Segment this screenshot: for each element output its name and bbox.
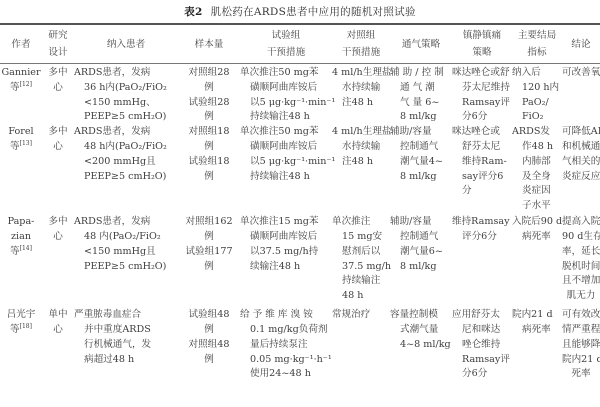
cell-ventilation: 辅助/容量控制通气潮气量6~8 ml/kg: [390, 215, 452, 308]
cell-text: 磺顺阿曲库铵后: [240, 81, 332, 96]
cell-control: 4 ml/h生理盐水持续输注48 h: [332, 63, 390, 125]
cell-text: 芬太尼维持: [452, 81, 512, 96]
cell-text: 例: [178, 170, 240, 185]
cell-conclusion: 提高入院后90 d生存率，延长脱机时间且不增加肌无力: [562, 215, 600, 308]
header-text: 通气策略: [390, 36, 452, 53]
cell-text: 例: [178, 260, 240, 275]
cell-text: 心: [42, 140, 74, 155]
cell-text: 可改善氧合: [562, 66, 600, 81]
cell-text: 48 h内(PaO₂/FiO₂: [74, 140, 178, 155]
column-header-ventilation: 通气策略: [390, 25, 452, 63]
cell-sedation: 咪达唑仑或舒芬太尼维持Ram-say评分6分: [452, 125, 512, 215]
cell-text: 8 ml/kg: [390, 110, 452, 125]
cell-text: 气相关的: [562, 155, 600, 170]
cell-text: 入院后90 d: [512, 215, 562, 230]
cell-text: 提高入院后: [562, 215, 600, 230]
table-caption: 表2肌松药在ARDS患者中应用的随机对照试验: [0, 4, 600, 19]
cell-patients: ARDS患者，发病36 h内(PaO₂/FiO₂<150 mmHg、PEEP≥5…: [74, 63, 178, 125]
cell-text: 炎症因: [512, 184, 562, 199]
cell-text: 磺顺阿曲库铵后: [240, 140, 332, 155]
cell-text: <150 mmHg、: [74, 96, 178, 111]
header-text: 样本量: [178, 36, 240, 53]
cell-text: 4~8 ml/kg: [390, 338, 452, 353]
cell-text: 磺顺阿曲库铵后: [240, 230, 332, 245]
cell-control: 常规治疗: [332, 308, 390, 398]
header-text: 试验组: [240, 27, 332, 44]
cell-text: 持续输注: [332, 274, 390, 289]
cell-text: 单次推注15 mg苯: [240, 215, 332, 230]
cell-sample: 对照组162例试验组177例: [178, 215, 240, 308]
cell-outcome: 入院后90 d病死率: [512, 215, 562, 308]
column-header-design: 研究设计: [42, 25, 74, 63]
cell-sedation: 咪达唑仑或舒芬太尼维持Ramsay评分6分: [452, 63, 512, 125]
cell-text: 潮气量4~: [390, 155, 452, 170]
cell-text: 使用24~48 h: [240, 367, 332, 382]
cell-text: 病超过48 h: [74, 353, 178, 368]
cell-design: 多中心: [42, 63, 74, 125]
cell-text: ARDS患者，发病: [74, 215, 178, 230]
cell-text: 试验组48: [178, 308, 240, 323]
cell-text: 评分6分: [452, 230, 512, 245]
cell-text: 慰剂后以: [332, 245, 390, 260]
cell-text: 注48 h: [332, 155, 390, 170]
cell-patients: 严重脓毒血症合并中重度ARDS行机械通气，发病超过48 h: [74, 308, 178, 398]
cell-text: 试验组28: [178, 96, 240, 111]
cell-text: 等[18]: [0, 323, 42, 338]
cell-sample: 对照组28例试验组28例: [178, 63, 240, 125]
cell-text: 辅 助 / 控 制: [390, 66, 452, 81]
cell-text: 心: [42, 323, 74, 338]
table-row: 吕光宇等[18]单中心严重脓毒血症合并中重度ARDS行机械通气，发病超过48 h…: [0, 308, 600, 398]
cell-text: 潮气量6~: [390, 245, 452, 260]
cell-text: 试验组18: [178, 155, 240, 170]
cell-patients: ARDS患者，发病48 h内(PaO₂/FiO₂<200 mmHg且PEEP≥5…: [74, 125, 178, 215]
cell-text: 多中: [42, 125, 74, 140]
header-text: 干预措施: [240, 44, 332, 61]
cell-text: 多中: [42, 66, 74, 81]
header-text: 策略: [452, 44, 512, 61]
cell-text: 36 h内(PaO₂/FiO₂: [74, 81, 178, 96]
cell-text: 且不增加: [562, 274, 600, 289]
cell-text: 37.5 mg/h: [332, 260, 390, 275]
column-header-sedation: 镇静镇痛策略: [452, 25, 512, 63]
cell-trial: 单次推注15 mg苯磺顺阿曲库铵后以37.5 mg/h持续输注48 h: [240, 215, 332, 308]
column-header-patients: 纳入患者: [74, 25, 178, 63]
cell-text: ARDS患者，发病: [74, 125, 178, 140]
cell-text: 并中重度ARDS: [74, 323, 178, 338]
cell-text: 对照组28: [178, 66, 240, 81]
header-text: 作者: [0, 36, 42, 53]
cell-text: 等[13]: [0, 140, 42, 155]
cell-text: 维持Ram-: [452, 155, 512, 170]
table-body: Gannier等[12]多中心ARDS患者，发病36 h内(PaO₂/FiO₂<…: [0, 63, 600, 398]
cell-text: 辅助/容量: [390, 125, 452, 140]
cell-ventilation: 辅 助 / 控 制通 气 潮气 量 6~8 ml/kg: [390, 63, 452, 125]
cell-outcome: ARDS发作48 h内肺部及全身炎症因子水平: [512, 125, 562, 215]
cell-author: Papa-zian等[14]: [0, 215, 42, 308]
cell-text: 对照组162: [178, 215, 240, 230]
cell-text: FiO₂: [512, 110, 562, 125]
cell-text: 病死率: [512, 230, 562, 245]
cell-text: 吕光宇: [0, 308, 42, 323]
column-header-conclusion: 结论: [562, 25, 600, 63]
cell-text: Gannier: [0, 66, 42, 81]
header-text: 设计: [42, 44, 74, 61]
cell-text: PEEP≥5 cmH₂O): [74, 170, 178, 185]
cell-text: 可有效改善病: [562, 308, 600, 323]
table-row: Papa-zian等[14]多中心ARDS患者，发病48 内(PaO₂/FiO₂…: [0, 215, 600, 308]
header-row: 作者研究设计纳入患者样本量试验组干预措施对照组干预措施通气策略镇静镇痛策略主要结…: [0, 25, 600, 63]
header-text: 主要结局: [512, 27, 562, 44]
cell-text: 心: [42, 230, 74, 245]
cell-text: 及全身: [512, 170, 562, 185]
cell-text: 辅助/容量: [390, 215, 452, 230]
cell-text: 4 ml/h生理盐: [332, 125, 390, 140]
cell-text: 分6分: [452, 367, 512, 382]
cell-conclusion: 可改善氧合: [562, 63, 600, 125]
table-row: Gannier等[12]多中心ARDS患者，发病36 h内(PaO₂/FiO₂<…: [0, 63, 600, 125]
cell-text: 以5 μg·kg⁻¹·min⁻¹: [240, 96, 332, 111]
cell-text: 单次推注50 mg苯: [240, 66, 332, 81]
cell-text: 可降低ARDS: [562, 125, 600, 140]
cell-trial: 单次推注50 mg苯磺顺阿曲库铵后以5 μg·kg⁻¹·min⁻¹持续输注48 …: [240, 125, 332, 215]
cell-text: 心: [42, 81, 74, 96]
cell-text: 以37.5 mg/h持: [240, 245, 332, 260]
cell-text: 单次推注: [332, 215, 390, 230]
cell-text: 试验组177: [178, 245, 240, 260]
cell-outcome: 院内21 d病死率: [512, 308, 562, 398]
cell-text: 通 气 潮: [390, 81, 452, 96]
cell-text: 行机械通气，发: [74, 338, 178, 353]
cell-text: 唑仑维持: [452, 338, 512, 353]
cell-text: 单次推注50 mg苯: [240, 125, 332, 140]
cell-text: 舒芬太尼: [452, 140, 512, 155]
cell-sample: 试验组48例对照组48例: [178, 308, 240, 398]
cell-text: ARDS患者，发病: [74, 66, 178, 81]
column-header-outcome: 主要结局指标: [512, 25, 562, 63]
cell-text: Forel: [0, 125, 42, 140]
cell-text: 8 ml/kg: [390, 260, 452, 275]
cell-text: 等[12]: [0, 81, 42, 96]
cell-text: 常规治疗: [332, 308, 390, 323]
column-header-author: 作者: [0, 25, 42, 63]
cell-text: 控制通气: [390, 230, 452, 245]
cell-text: 持续输注48 h: [240, 170, 332, 185]
cell-text: 纳入后: [512, 66, 562, 81]
cell-control: 单次推注15 mg安慰剂后以37.5 mg/h持续输注48 h: [332, 215, 390, 308]
cell-conclusion: 可有效改善病情严重程度且能够降低院内21 d病死率: [562, 308, 600, 398]
cell-text: 咪达唑仑或: [452, 125, 512, 140]
cell-text: 多中: [42, 215, 74, 230]
cell-text: 内肺部: [512, 155, 562, 170]
header-text: 干预措施: [332, 44, 390, 61]
cell-author: Gannier等[12]: [0, 63, 42, 125]
cell-text: 8 ml/kg: [390, 170, 452, 185]
header-text: 结论: [562, 36, 600, 53]
cell-text: 以5 μg·kg⁻¹·min⁻¹: [240, 155, 332, 170]
cell-text: 分6分: [452, 110, 512, 125]
cell-text: 肌无力: [562, 289, 600, 304]
reference-citation: [12]: [20, 81, 32, 88]
header-text: 镇静镇痛: [452, 27, 512, 44]
cell-patients: ARDS患者，发病48 内(PaO₂/FiO₂<150 mmHg且PEEP≥5 …: [74, 215, 178, 308]
cell-ventilation: 辅助/容量控制通气潮气量4~8 ml/kg: [390, 125, 452, 215]
cell-text: 例: [178, 323, 240, 338]
cell-text: PEEP≥5 cmH₂O): [74, 110, 178, 125]
cell-text: 维持Ramsay: [452, 215, 512, 230]
column-header-sample: 样本量: [178, 25, 240, 63]
cell-text: PEEP≥5 cmH₂O): [74, 260, 178, 275]
cell-text: 应用舒芬太: [452, 308, 512, 323]
cell-sedation: 应用舒芬太尼和咪达唑仑维持Ramsay评分6分: [452, 308, 512, 398]
table-number: 表2: [184, 6, 202, 18]
cell-text: 例: [178, 81, 240, 96]
cell-text: 气 量 6~: [390, 96, 452, 111]
cell-text: 0.05 mg·kg⁻¹·h⁻¹: [240, 353, 332, 368]
cell-text: Ramsay评: [452, 96, 512, 111]
cell-text: Papa-: [0, 215, 42, 230]
cell-text: 4 ml/h生理盐: [332, 66, 390, 81]
cell-text: 例: [178, 110, 240, 125]
cell-text: 90 d生存: [562, 230, 600, 245]
cell-text: 120 h内: [512, 81, 562, 96]
cell-text: 水持续输: [332, 81, 390, 96]
header-text: 纳入患者: [74, 36, 178, 53]
cell-text: 例: [178, 353, 240, 368]
cell-text: 例: [178, 230, 240, 245]
cell-conclusion: 可降低ARDS和机械通气相关的炎症反应: [562, 125, 600, 215]
cell-text: 严重脓毒血症合: [74, 308, 178, 323]
cell-text: 分: [452, 184, 512, 199]
reference-citation: [14]: [20, 245, 32, 252]
rct-table: 作者研究设计纳入患者样本量试验组干预措施对照组干预措施通气策略镇静镇痛策略主要结…: [0, 25, 600, 398]
header-text: 指标: [512, 44, 562, 61]
reference-citation: [18]: [20, 323, 32, 330]
column-header-trial: 试验组干预措施: [240, 25, 332, 63]
cell-text: say评分6: [452, 170, 512, 185]
cell-text: 院内21 d病: [562, 353, 600, 368]
cell-author: 吕光宇等[18]: [0, 308, 42, 398]
cell-text: 式潮气量: [390, 323, 452, 338]
cell-text: 48 h: [332, 289, 390, 304]
cell-text: 量后持续泵注: [240, 338, 332, 353]
cell-design: 多中心: [42, 125, 74, 215]
cell-ventilation: 容量控制模式潮气量4~8 ml/kg: [390, 308, 452, 398]
cell-design: 多中心: [42, 215, 74, 308]
cell-text: 子水平: [512, 199, 562, 214]
table-title: 肌松药在ARDS患者中应用的随机对照试验: [211, 6, 416, 18]
cell-design: 单中心: [42, 308, 74, 398]
cell-text: 注48 h: [332, 96, 390, 111]
cell-text: <200 mmHg且: [74, 155, 178, 170]
cell-text: 尼和咪达: [452, 323, 512, 338]
cell-text: 且能够降低: [562, 338, 600, 353]
cell-text: 等[14]: [0, 245, 42, 260]
cell-text: 率，延长: [562, 245, 600, 260]
cell-text: 对照组48: [178, 338, 240, 353]
cell-text: 院内21 d: [512, 308, 562, 323]
cell-text: 炎症反应: [562, 170, 600, 185]
cell-text: Ramsay评: [452, 353, 512, 368]
cell-text: 控制通气: [390, 140, 452, 155]
cell-text: 对照组18: [178, 125, 240, 140]
cell-text: 15 mg安: [332, 230, 390, 245]
cell-text: 给 予 维 库 溴 铵: [240, 308, 332, 323]
cell-text: 死率: [562, 367, 600, 382]
cell-sample: 对照组18例试验组18例: [178, 125, 240, 215]
cell-sedation: 维持Ramsay评分6分: [452, 215, 512, 308]
header-text: 对照组: [332, 27, 390, 44]
cell-text: 容量控制模: [390, 308, 452, 323]
reference-citation: [13]: [20, 140, 32, 147]
cell-text: 续输注48 h: [240, 260, 332, 275]
cell-trial: 单次推注50 mg苯磺顺阿曲库铵后以5 μg·kg⁻¹·min⁻¹持续输注48 …: [240, 63, 332, 125]
cell-text: 水持续输: [332, 140, 390, 155]
document-page: 表2肌松药在ARDS患者中应用的随机对照试验 作者研究设计纳入患者样本量试验组干…: [0, 0, 600, 407]
table-row: Forel等[13]多中心ARDS患者，发病48 h内(PaO₂/FiO₂<20…: [0, 125, 600, 215]
cell-text: 持续输注48 h: [240, 110, 332, 125]
cell-control: 4 ml/h生理盐水持续输注48 h: [332, 125, 390, 215]
cell-text: 0.1 mg/kg负荷剂: [240, 323, 332, 338]
cell-text: 48 内(PaO₂/FiO₂: [74, 230, 178, 245]
cell-author: Forel等[13]: [0, 125, 42, 215]
cell-text: zian: [0, 230, 42, 245]
column-header-control: 对照组干预措施: [332, 25, 390, 63]
cell-outcome: 纳入后120 h内PaO₂/FiO₂: [512, 63, 562, 125]
cell-text: 病死率: [512, 323, 562, 338]
cell-text: <150 mmHg且: [74, 245, 178, 260]
cell-text: 情严重程度: [562, 323, 600, 338]
cell-text: 咪达唑仑或舒: [452, 66, 512, 81]
cell-text: 例: [178, 140, 240, 155]
cell-text: 单中: [42, 308, 74, 323]
header-text: 研究: [42, 27, 74, 44]
cell-text: 和机械通: [562, 140, 600, 155]
cell-text: ARDS发: [512, 125, 562, 140]
cell-text: 脱机时间: [562, 260, 600, 275]
cell-trial: 给 予 维 库 溴 铵0.1 mg/kg负荷剂量后持续泵注0.05 mg·kg⁻…: [240, 308, 332, 398]
cell-text: PaO₂/: [512, 96, 562, 111]
cell-text: 作48 h: [512, 140, 562, 155]
